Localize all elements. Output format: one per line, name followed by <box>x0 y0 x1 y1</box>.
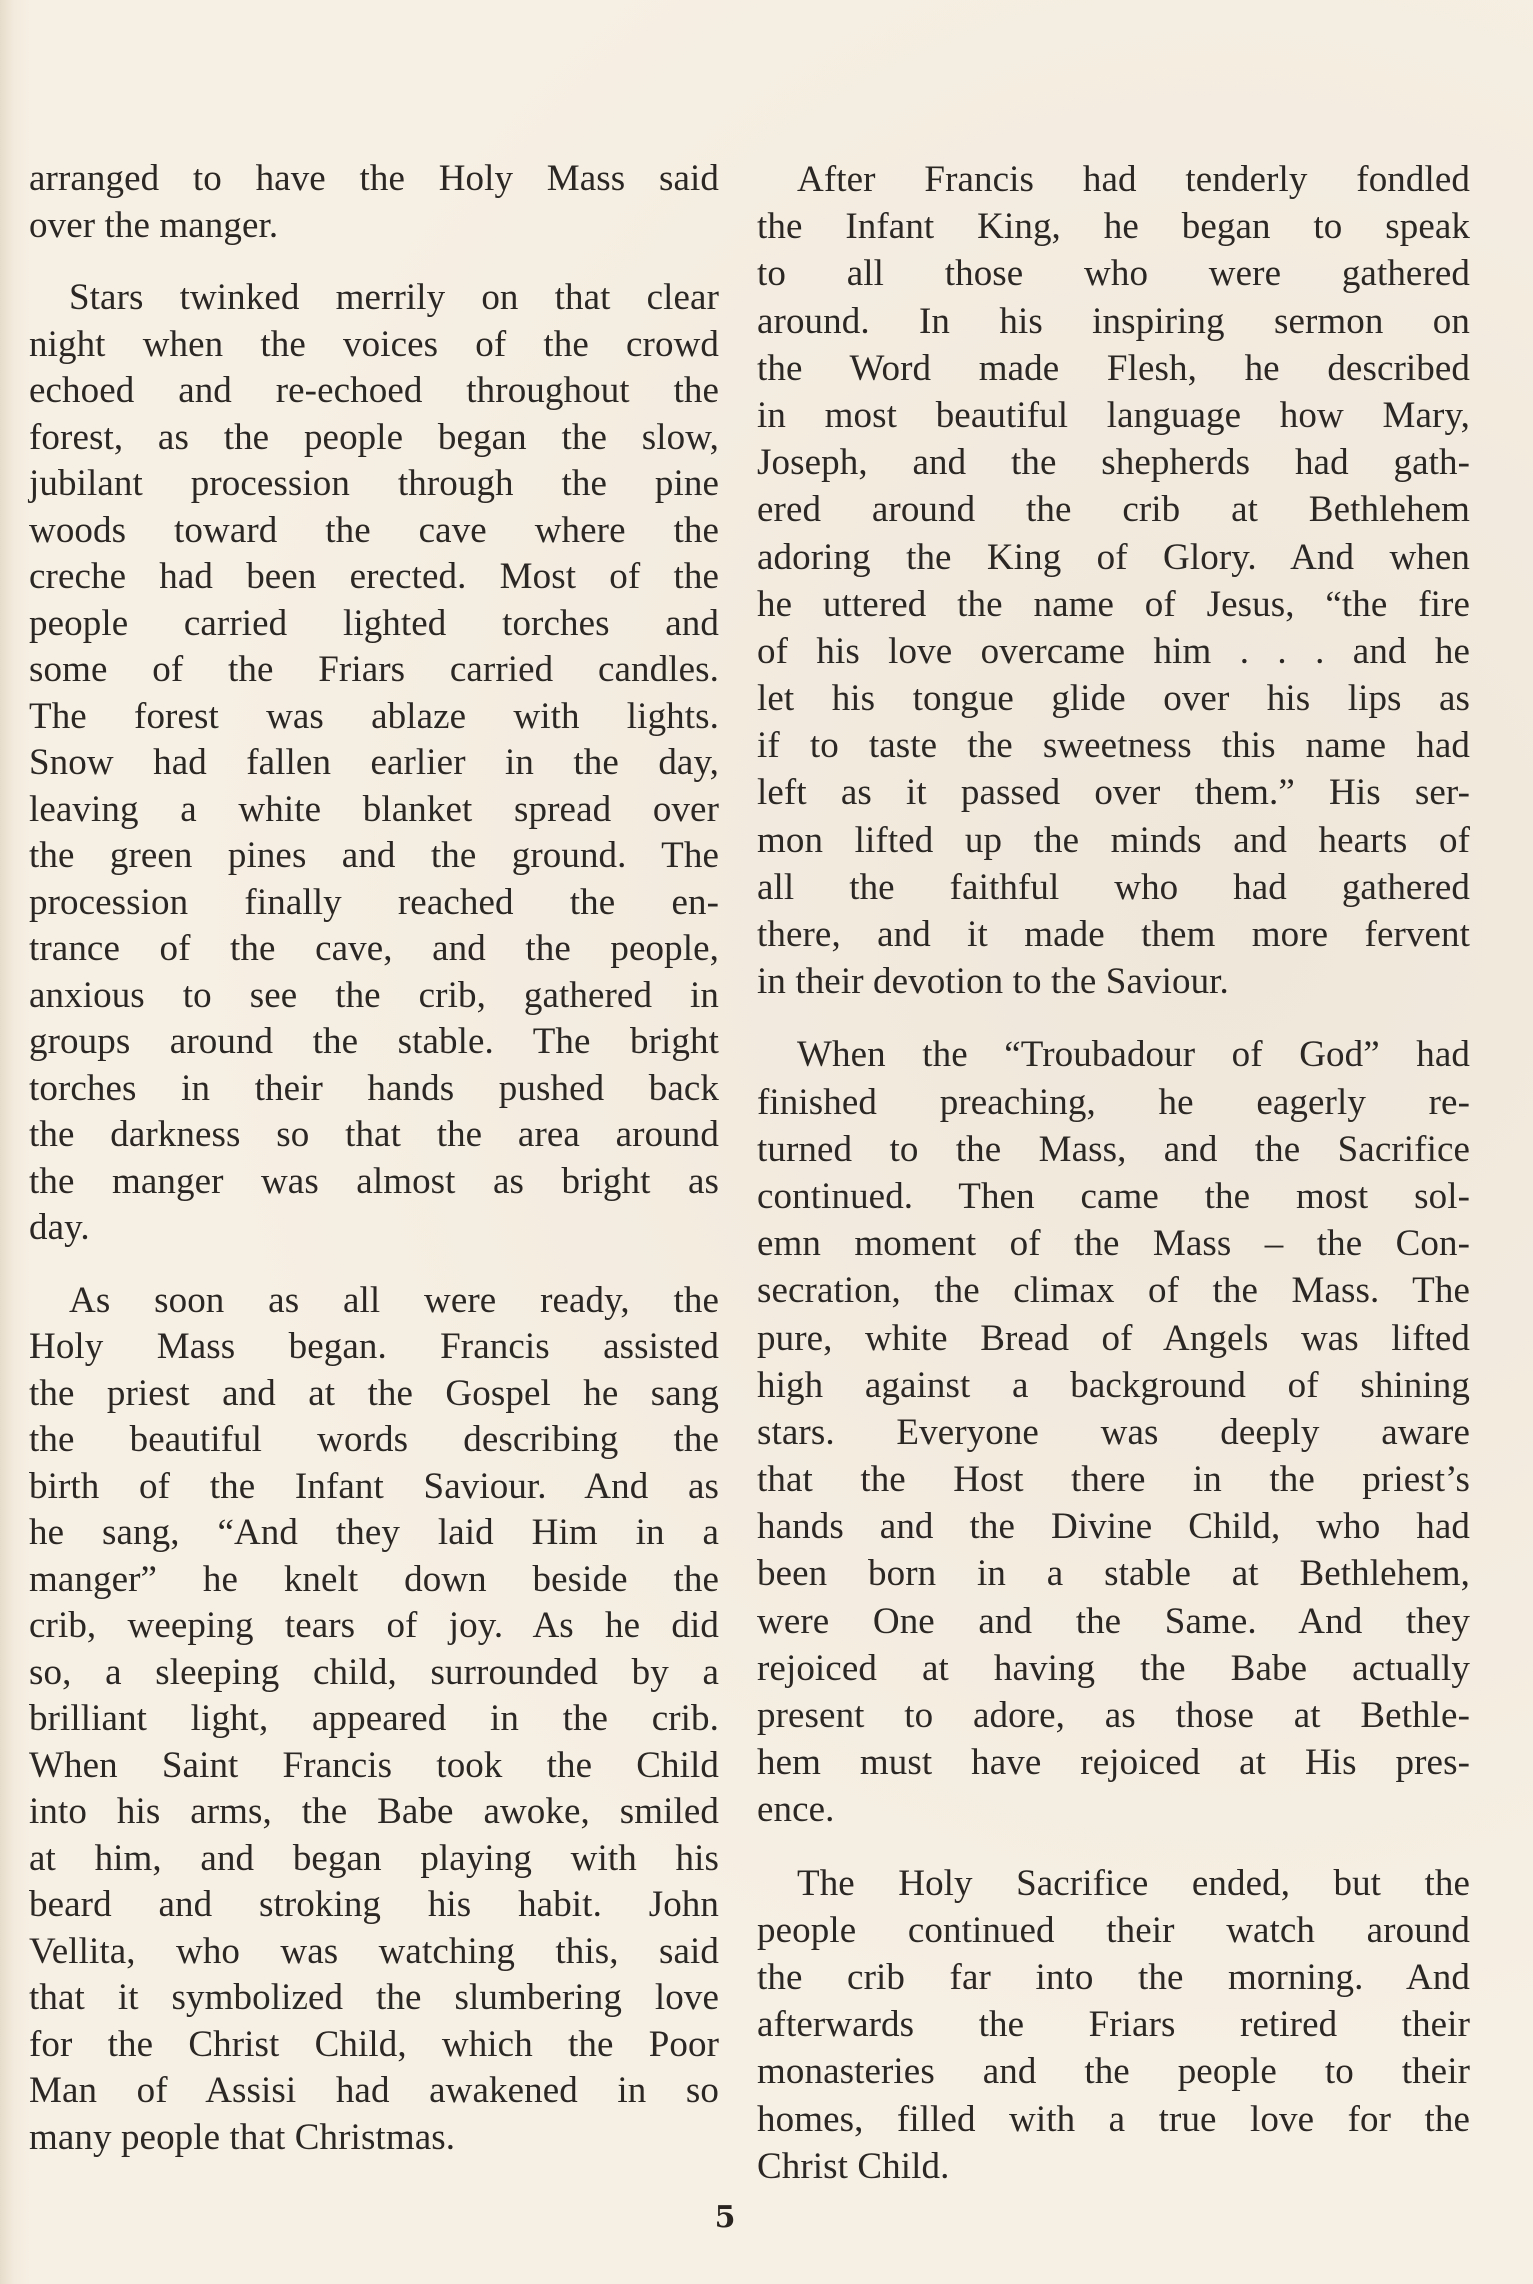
text-line: Man of Assisi had awakened in so <box>29 2068 719 2115</box>
text-line: Joseph, and the shepherds had gath- <box>757 439 1470 486</box>
page-number: 5 <box>710 2200 740 2235</box>
text-line: that it symbolized the slumbering love <box>29 1975 719 2022</box>
text-line: at him, and began playing with his <box>29 1836 719 1883</box>
paragraph: Stars twinked merrily on that clearnight… <box>29 275 719 1252</box>
right-column: After Francis had tenderly fondledthe In… <box>757 156 1470 2216</box>
text-line: echoed and re-echoed throughout the <box>29 368 719 415</box>
text-line: in most beautiful language how Mary, <box>757 392 1470 439</box>
text-line: let his tongue glide over his lips as <box>757 675 1470 722</box>
text-line: been born in a stable at Bethlehem, <box>757 1550 1470 1597</box>
text-line: afterwards the Friars retired their <box>757 2001 1470 2048</box>
paragraph: As soon as all were ready, theHoly Mass … <box>29 1278 719 2162</box>
text-line: the Infant King, he began to speak <box>757 203 1470 250</box>
paragraph: When the “Troubadour of God” hadfinished… <box>757 1031 1470 1833</box>
paragraph: arranged to have the Holy Mass saidover … <box>29 156 719 249</box>
text-line: for the Christ Child, which the Poor <box>29 2022 719 2069</box>
text-line: homes, filled with a true love for the <box>757 2096 1470 2143</box>
text-line: beard and stroking his habit. John <box>29 1882 719 1929</box>
text-line: continued. Then came the most sol- <box>757 1173 1470 1220</box>
text-line: The forest was ablaze with lights. <box>29 694 719 741</box>
text-line: day. <box>29 1205 719 1252</box>
text-line: the manger was almost as bright as <box>29 1159 719 1206</box>
text-line: When the “Troubadour of God” had <box>757 1031 1470 1078</box>
text-line: the priest and at the Gospel he sang <box>29 1371 719 1418</box>
text-line: that the Host there in the priest’s <box>757 1456 1470 1503</box>
text-line: the crib far into the morning. And <box>757 1954 1470 2001</box>
text-line: the beautiful words describing the <box>29 1417 719 1464</box>
text-line: adoring the King of Glory. And when <box>757 534 1470 581</box>
text-line: people carried lighted torches and <box>29 601 719 648</box>
text-line: manger” he knelt down beside the <box>29 1557 719 1604</box>
text-line: procession finally reached the en- <box>29 880 719 927</box>
text-line: trance of the cave, and the people, <box>29 926 719 973</box>
text-line: around. In his inspiring sermon on <box>757 298 1470 345</box>
text-line: Stars twinked merrily on that clear <box>29 275 719 322</box>
text-line: over the manger. <box>29 203 719 250</box>
text-line: people continued their watch around <box>757 1907 1470 1954</box>
text-line: so, a sleeping child, surrounded by a <box>29 1650 719 1697</box>
text-line: left as it passed over them.” His ser- <box>757 769 1470 816</box>
text-line: torches in their hands pushed back <box>29 1066 719 1113</box>
text-line: birth of the Infant Saviour. And as <box>29 1464 719 1511</box>
text-line: ence. <box>757 1786 1470 1833</box>
text-line: As soon as all were ready, the <box>29 1278 719 1325</box>
text-line: turned to the Mass, and the Sacrifice <box>757 1126 1470 1173</box>
text-line: Holy Mass began. Francis assisted <box>29 1324 719 1371</box>
text-line: rejoiced at having the Babe actually <box>757 1645 1470 1692</box>
text-line: monasteries and the people to their <box>757 2048 1470 2095</box>
text-line: arranged to have the Holy Mass said <box>29 156 719 203</box>
text-line: emn moment of the Mass – the Con- <box>757 1220 1470 1267</box>
text-line: creche had been erected. Most of the <box>29 554 719 601</box>
paragraph: The Holy Sacrifice ended, but thepeople … <box>757 1860 1470 2190</box>
text-line: crib, weeping tears of joy. As he did <box>29 1603 719 1650</box>
text-line: of his love overcame him . . . and he <box>757 628 1470 675</box>
text-line: woods toward the cave where the <box>29 508 719 555</box>
text-line: high against a background of shining <box>757 1362 1470 1409</box>
text-line: After Francis had tenderly fondled <box>757 156 1470 203</box>
text-line: ered around the crib at Bethlehem <box>757 486 1470 533</box>
text-line: pure, white Bread of Angels was lifted <box>757 1315 1470 1362</box>
text-line: night when the voices of the crowd <box>29 322 719 369</box>
text-line: into his arms, the Babe awoke, smiled <box>29 1789 719 1836</box>
text-line: The Holy Sacrifice ended, but the <box>757 1860 1470 1907</box>
text-line: if to taste the sweetness this name had <box>757 722 1470 769</box>
text-line: he uttered the name of Jesus, “the fire <box>757 581 1470 628</box>
text-line: were One and the Same. And they <box>757 1598 1470 1645</box>
text-line: in their devotion to the Saviour. <box>757 958 1470 1005</box>
text-line: groups around the stable. The bright <box>29 1019 719 1066</box>
text-line: Vellita, who was watching this, said <box>29 1929 719 1976</box>
text-line: forest, as the people began the slow, <box>29 415 719 462</box>
text-line: some of the Friars carried candles. <box>29 647 719 694</box>
text-line: hem must have rejoiced at His pres- <box>757 1739 1470 1786</box>
text-line: stars. Everyone was deeply aware <box>757 1409 1470 1456</box>
text-line: the Word made Flesh, he described <box>757 345 1470 392</box>
text-line: the darkness so that the area around <box>29 1112 719 1159</box>
book-page: arranged to have the Holy Mass saidover … <box>0 0 1533 2284</box>
text-line: brilliant light, appeared in the crib. <box>29 1696 719 1743</box>
text-line: mon lifted up the minds and hearts of <box>757 817 1470 864</box>
text-line: Christ Child. <box>757 2143 1470 2190</box>
text-line: finished preaching, he eagerly re- <box>757 1079 1470 1126</box>
paragraph: After Francis had tenderly fondledthe In… <box>757 156 1470 1005</box>
text-line: secration, the climax of the Mass. The <box>757 1267 1470 1314</box>
text-line: leaving a white blanket spread over <box>29 787 719 834</box>
text-line: there, and it made them more fervent <box>757 911 1470 958</box>
text-line: hands and the Divine Child, who had <box>757 1503 1470 1550</box>
text-line: to all those who were gathered <box>757 250 1470 297</box>
text-line: he sang, “And they laid Him in a <box>29 1510 719 1557</box>
text-line: anxious to see the crib, gathered in <box>29 973 719 1020</box>
text-line: all the faithful who had gathered <box>757 864 1470 911</box>
text-line: many people that Christmas. <box>29 2115 719 2162</box>
text-line: Snow had fallen earlier in the day, <box>29 740 719 787</box>
text-line: present to adore, as those at Bethle- <box>757 1692 1470 1739</box>
left-column: arranged to have the Holy Mass saidover … <box>29 156 719 2187</box>
text-line: jubilant procession through the pine <box>29 461 719 508</box>
text-line: the green pines and the ground. The <box>29 833 719 880</box>
text-line: When Saint Francis took the Child <box>29 1743 719 1790</box>
